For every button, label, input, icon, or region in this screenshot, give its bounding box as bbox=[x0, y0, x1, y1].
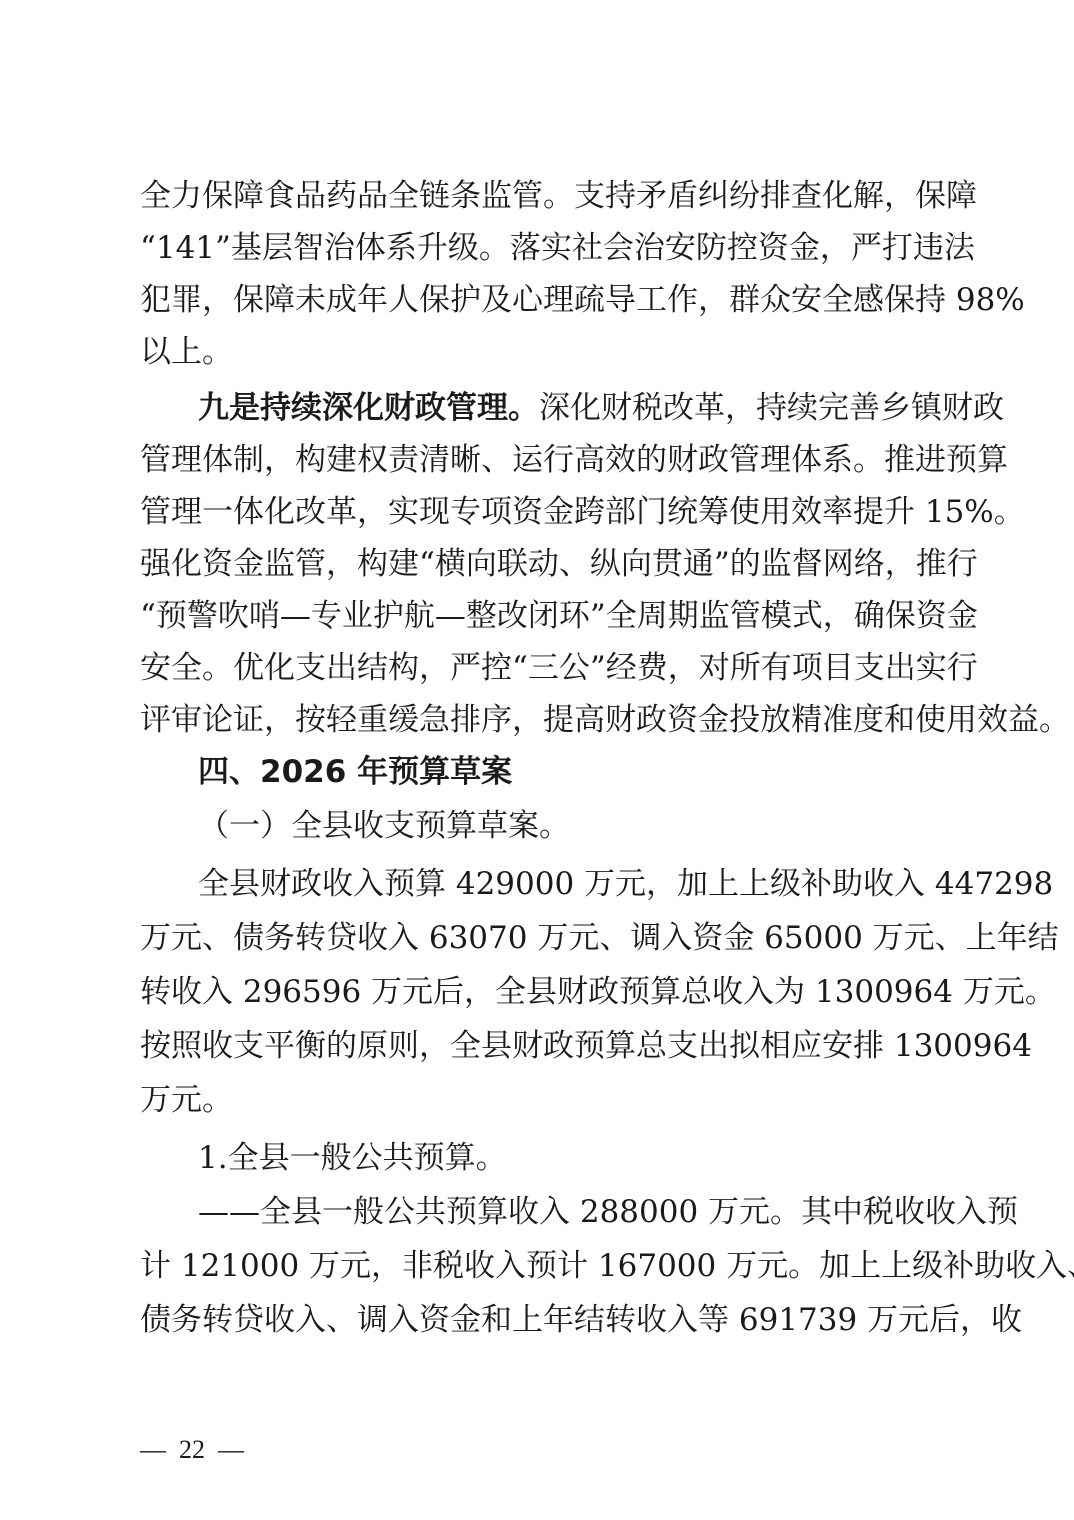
item-heading: 1.全县一般公共预算。 bbox=[198, 1132, 938, 1184]
text-line: 管理一体化改革，实现专项资金跨部门统筹使用效率提升 15%。 bbox=[140, 486, 938, 538]
text-line: “预警吹哨—专业护航—整改闭环”全周期监管模式，确保资金 bbox=[140, 590, 938, 642]
text-line: 安全。优化支出结构，严控“三公”经费，对所有项目支出实行 bbox=[140, 642, 938, 694]
text-line: ——全县一般公共预算收入 288000 万元。其中税收收入预 bbox=[198, 1186, 938, 1238]
text-line: “141”基层智治体系升级。落实社会治安防控资金，严打违法 bbox=[140, 222, 938, 274]
section-nine-heading: 九是持续深化财政管理。 bbox=[198, 390, 539, 426]
text-line: 万元。 bbox=[140, 1074, 938, 1126]
text-line: 全县财政收入预算 429000 万元，加上上级补助收入 447298 bbox=[198, 858, 938, 910]
text-line: 评审论证，按轻重缓急排序，提高财政资金投放精准度和使用效益。 bbox=[140, 694, 938, 746]
section-four-heading: 四、2026 年预算草案 bbox=[198, 746, 938, 798]
text-line: 按照收支平衡的原则，全县财政预算总支出拟相应安排 1300964 bbox=[140, 1020, 938, 1072]
text-line: 全力保障食品药品全链条监管。支持矛盾纠纷排查化解，保障 bbox=[140, 170, 938, 222]
text-line: 管理体制，构建权责清晰、运行高效的财政管理体系。推进预算 bbox=[140, 434, 938, 486]
subsection-heading: （一）全县收支预算草案。 bbox=[198, 800, 938, 852]
section-nine-paragraph-start: 九是持续深化财政管理。深化财税改革，持续完善乡镇财政 bbox=[198, 382, 938, 434]
document-page: 全力保障食品药品全链条监管。支持矛盾纠纷排查化解，保障 “141”基层智治体系升… bbox=[0, 0, 1074, 1520]
text-line: 犯罪，保障未成年人保护及心理疏导工作，群众安全感保持 98% bbox=[140, 274, 938, 326]
text-line: 万元、债务转贷收入 63070 万元、调入资金 65000 万元、上年结 bbox=[140, 912, 938, 964]
text-line: 债务转贷收入、调入资金和上年结转收入等 691739 万元后，收 bbox=[140, 1294, 938, 1346]
text-line: 转收入 296596 万元后，全县财政预算总收入为 1300964 万元。 bbox=[140, 966, 938, 1018]
text-line: 强化资金监管，构建“横向联动、纵向贯通”的监督网络，推行 bbox=[140, 538, 938, 590]
text-span: 深化财税改革，持续完善乡镇财政 bbox=[539, 390, 1004, 426]
page-number: — 22 — bbox=[140, 1432, 244, 1468]
text-line: 计 121000 万元，非税收入预计 167000 万元。加上上级补助收入、 bbox=[140, 1240, 938, 1292]
text-line: 以上。 bbox=[140, 326, 938, 378]
